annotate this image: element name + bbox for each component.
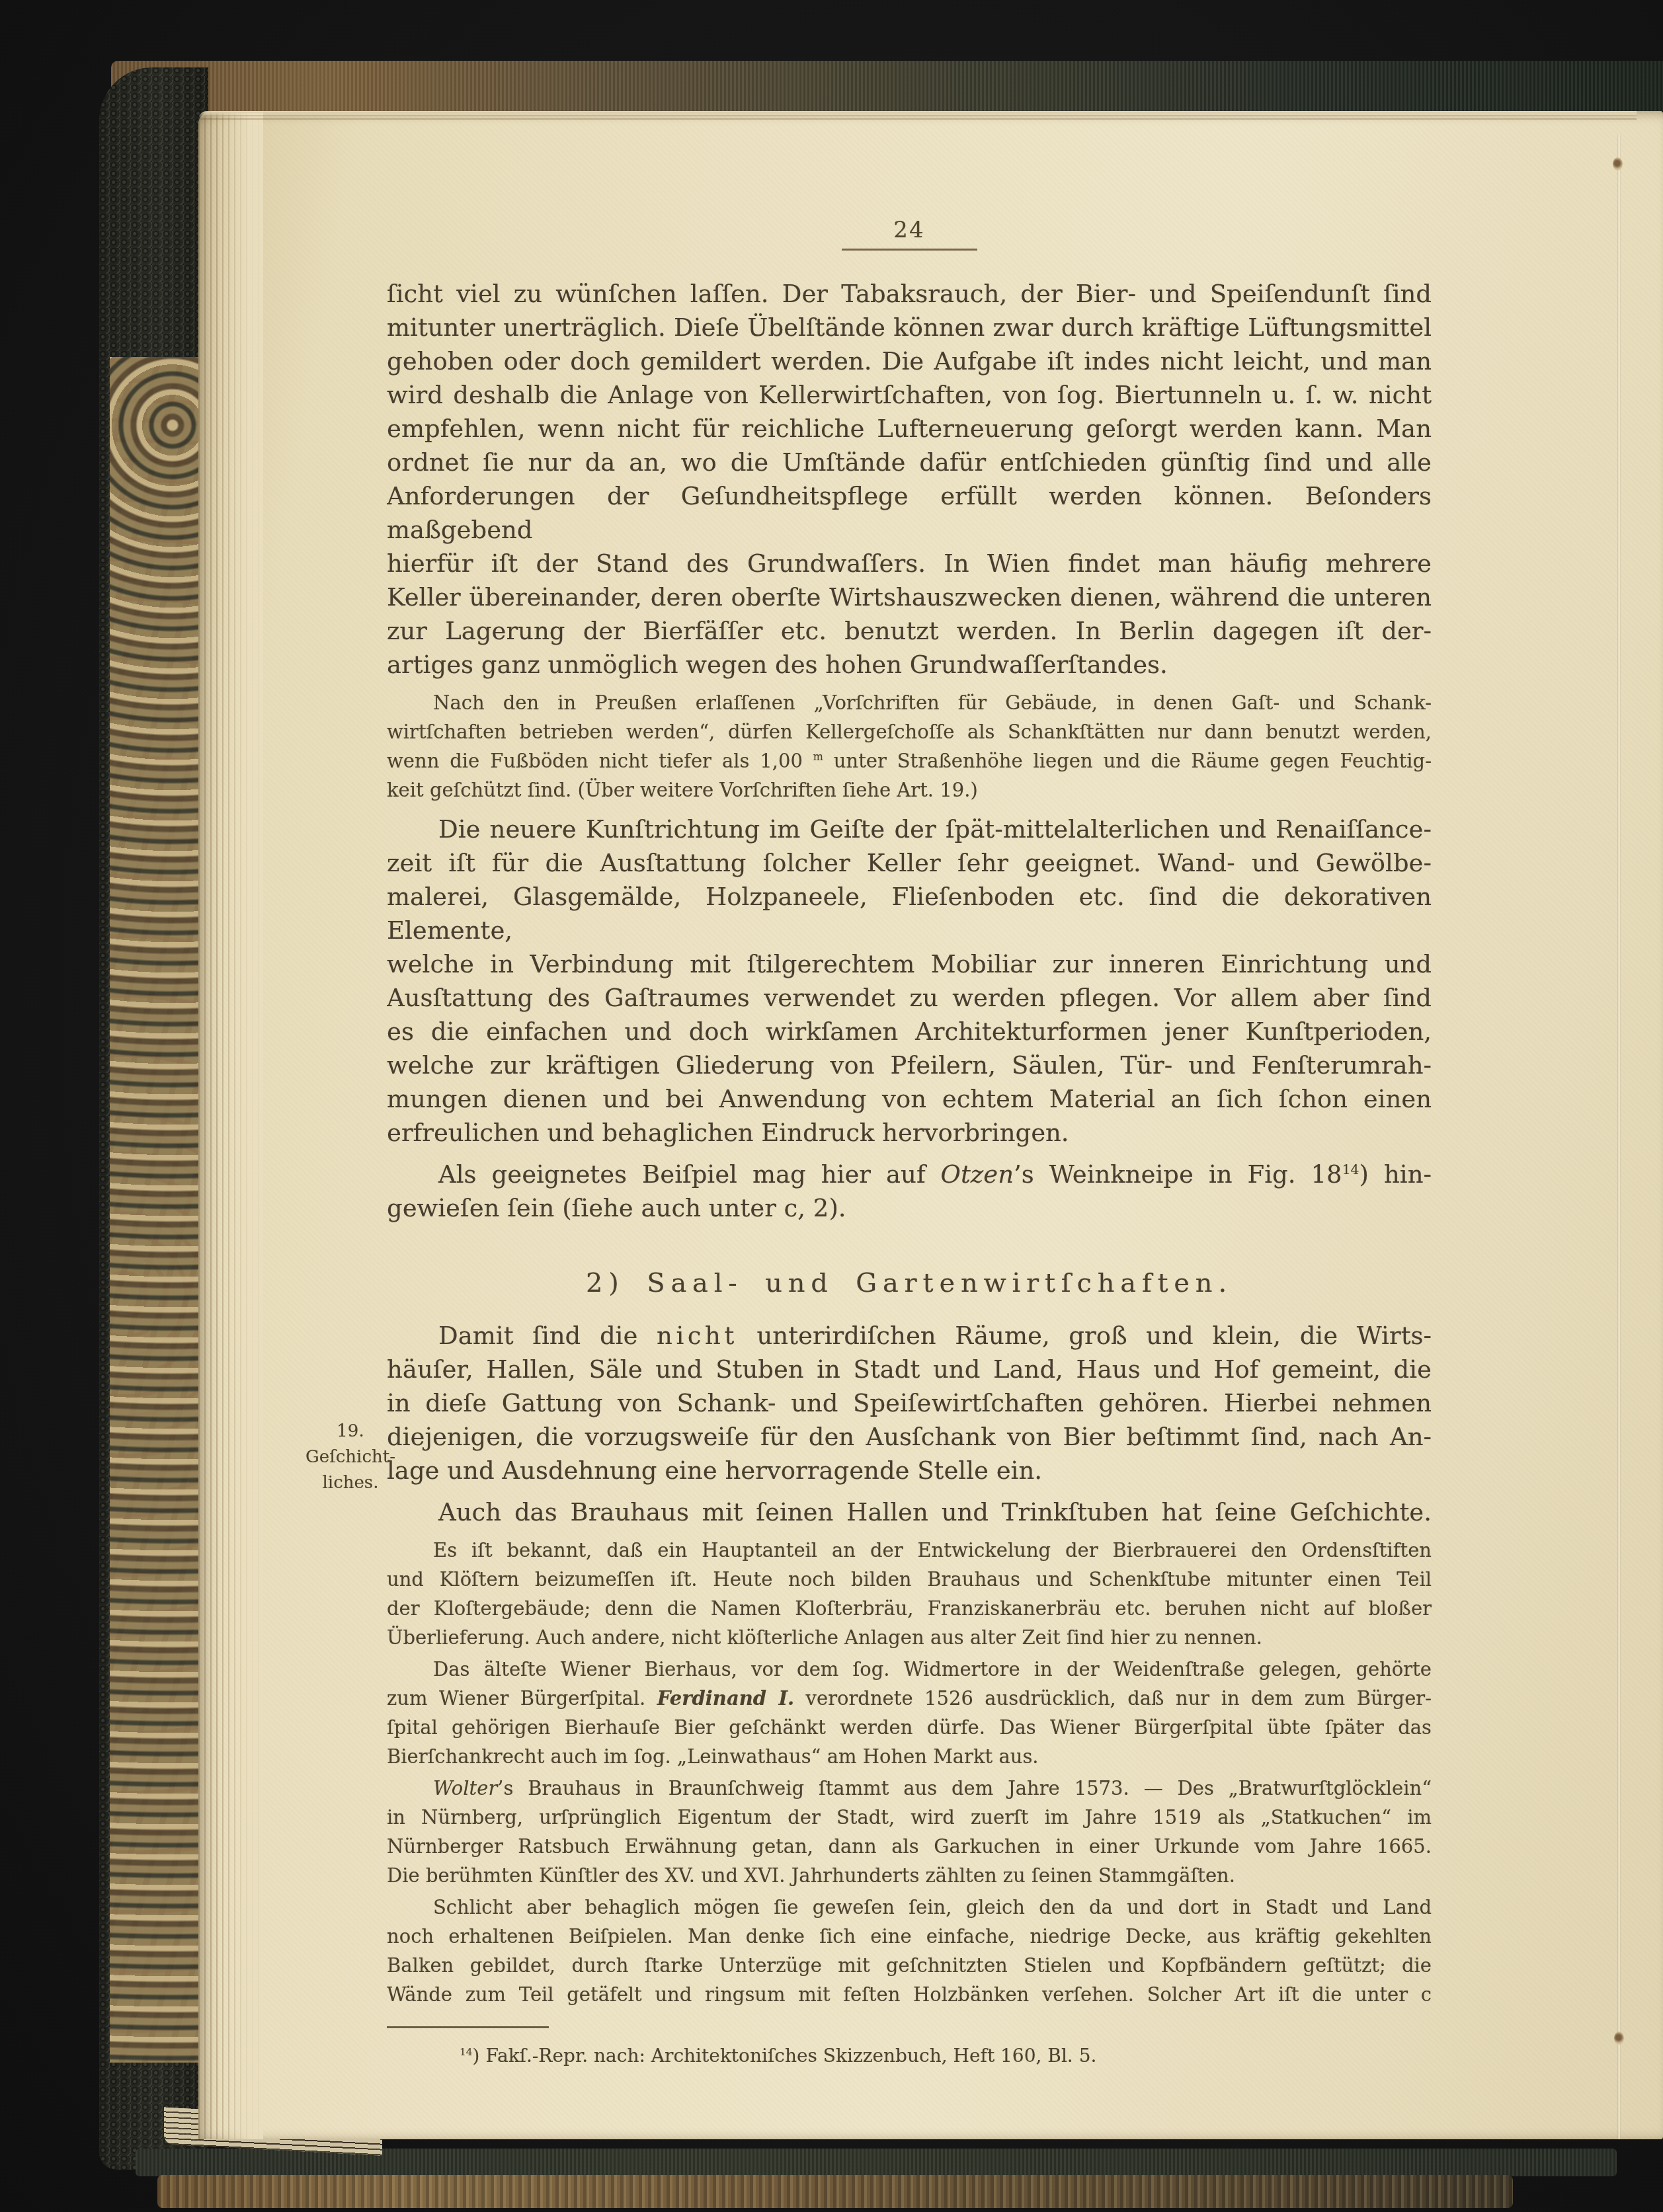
text-line: lage und Ausdehnung eine hervorragende S… [387,1454,1432,1487]
text-line: hierfür iſt der Stand des Grundwaſſers. … [387,547,1432,580]
margin-note-word: Geſchicht- [298,1444,403,1470]
text-line: wird deshalb die Anlage von Kellerwirtſc… [387,378,1432,412]
text-line: artiges ganz unmöglich wegen des hohen G… [387,648,1432,682]
text-line: Nach den in Preußen erlaſſenen „Vorſchri… [387,688,1432,717]
margin-note: 19. Geſchicht- liches. [298,1419,403,1496]
text-line: keit geſchützt ſind. (Über weitere Vorſc… [387,775,1432,805]
text-line: Anforderungen der Geſundheitspflege erfü… [387,479,1432,547]
footnote-14: 14) Fakſ.-Repr. nach: Architektoniſches … [387,2043,1432,2069]
binding-thread-hole-bottom [1614,2032,1624,2045]
paragraph-preussen-vorschriften: Nach den in Preußen erlaſſenen „Vorſchri… [387,688,1432,805]
text-line: Es iſt bekannt, daß ein Hauptanteil an d… [387,1536,1432,1565]
text-line: welche in Verbindung mit ſtilgerechtem M… [387,947,1432,981]
text-line: gehoben oder doch gemildert werden. Die … [387,344,1432,378]
paragraph-ordensstifte: Es iſt bekannt, daß ein Hauptanteil an d… [387,1536,1432,1652]
text-line: Keller übereinander, deren oberſte Wirts… [387,580,1432,614]
section-heading-saal-gartenwirtschaften: 2) Saal- und Gartenwirtſchaften. [387,1266,1432,1300]
text-line: ſicht viel zu wünſchen laſſen. Der Tabak… [387,277,1432,311]
paragraph-schlicht-behaglich: Schlicht aber behaglich mögen ſie geweſe… [387,1893,1432,2009]
text-line: Die berühmten Künſtler des XV. und XVI. … [387,1861,1432,1890]
text-line: wirtſchaften betrieben werden“, dürfen K… [387,717,1432,746]
text-line: gewieſen ſein (ſiehe auch unter c, 2). [387,1191,1432,1225]
printed-text-area: 24 ſicht viel zu wünſchen laſſen. Der Ta… [387,216,1432,2069]
binding-crease [1617,135,1621,2139]
text-line: Das älteſte Wiener Bierhaus, vor dem ſog… [387,1655,1432,1684]
book-page: 19. Geſchicht- liches. 24 ſicht viel zu … [198,111,1663,2139]
paragraph-wiener-bierhaus: Das älteſte Wiener Bierhaus, vor dem ſog… [387,1655,1432,1771]
text-line: diejenigen, die vorzugsweiſe für den Aus… [387,1420,1432,1454]
paragraph-wolters-brauhaus: Wolter’s Brauhaus in Braunſchweig ſtammt… [387,1774,1432,1890]
text-line: Schlicht aber behaglich mögen ſie geweſe… [387,1893,1432,1922]
book-cover-top-edge [111,61,1663,111]
text-line: Damit ſind die nicht unterirdiſchen Räum… [387,1319,1432,1353]
text-line: malerei, Glasgemälde, Holzpaneele, Flieſ… [387,880,1432,947]
margin-note-word: liches. [298,1470,403,1496]
margin-note-number: 19. [298,1419,403,1444]
marbled-endpaper [110,357,206,2063]
text-line: noch erhaltenen Beiſpielen. Man denke ſi… [387,1922,1432,1951]
text-line: Als geeignetes Beiſpiel mag hier auf Otz… [387,1158,1432,1191]
text-line: mitunter unerträglich. Dieſe Übelſtände … [387,311,1432,344]
text-line: 14) Fakſ.-Repr. nach: Architektoniſches … [387,2043,1432,2069]
text-line: häuſer, Hallen, Säle und Stuben in Stadt… [387,1353,1432,1386]
text-line: Balken gebildet, durch ſtarke Unterzüge … [387,1951,1432,1980]
text-line: Die neuere Kunſtrichtung im Geiſte der ſ… [387,812,1432,846]
paragraph-kunstrichtung: Die neuere Kunſtrichtung im Geiſte der ſ… [387,812,1432,1150]
page-stack-edges-left [198,111,263,2139]
paragraph-damit-sind: Damit ſind die nicht unterirdiſchen Räum… [387,1319,1432,1487]
text-line: erfreulichen und behaglichen Eindruck he… [387,1116,1432,1150]
text-line: Nürnberger Ratsbuch Erwähnung getan, dan… [387,1832,1432,1861]
text-line: und Klöſtern beizumeſſen iſt. Heute noch… [387,1565,1432,1594]
binding-thread-hole-top [1613,157,1623,171]
paragraph-otzen-beispiel: Als geeignetes Beiſpiel mag hier auf Otz… [387,1158,1432,1225]
text-line: mungen dienen und bei Anwendung von echt… [387,1082,1432,1116]
text-line: Wände zum Teil getäfelt und ringsum mit … [387,1980,1432,2009]
book-photo: 19. Geſchicht- liches. 24 ſicht viel zu … [0,0,1663,2212]
page-number-rule [842,249,977,251]
text-line: zur Lagerung der Bierfäſſer etc. benutzt… [387,614,1432,648]
text-line: ſpital gehörigen Bierhauſe Bier geſchänk… [387,1713,1432,1742]
text-line: in dieſe Gattung von Schank- und Speiſew… [387,1386,1432,1420]
text-line: in Nürnberg, urſprünglich Eigentum der S… [387,1803,1432,1832]
text-line: empfehlen, wenn nicht für reichliche Luf… [387,412,1432,446]
page-stack-edges-top [198,111,1637,120]
text-line: der Kloſtergebäude; denn die Namen Kloſt… [387,1594,1432,1623]
text-line: zeit iſt für die Ausſtattung ſolcher Kel… [387,846,1432,880]
text-line: welche zur kräftigen Gliederung von Pfei… [387,1048,1432,1082]
text-line: Auch das Brauhaus mit ſeinen Hallen und … [387,1495,1432,1529]
paragraph-kellerwirtschaften: ſicht viel zu wünſchen laſſen. Der Tabak… [387,277,1432,682]
text-line: Ausſtattung des Gaſtraumes verwendet zu … [387,981,1432,1015]
footnote-rule [387,2026,549,2028]
text-line: Bierſchankrecht auch im ſog. „Leinwathau… [387,1742,1432,1771]
text-line: zum Wiener Bürgerſpital. Ferdinand I. ve… [387,1684,1432,1713]
text-line: wenn die Fußböden nicht tiefer als 1,00 … [387,746,1432,775]
page-header: 24 [387,216,1432,251]
text-line: Wolter’s Brauhaus in Braunſchweig ſtammt… [387,1774,1432,1803]
text-line: ordnet ſie nur da an, wo die Umſtände da… [387,446,1432,479]
text-line: es die einfachen und doch wirkſamen Arch… [387,1015,1432,1048]
book-cover-bottom-gilt-edge [157,2175,1513,2208]
text-column: ſicht viel zu wünſchen laſſen. Der Tabak… [387,277,1432,2069]
text-line: Überlieferung. Auch andere, nicht klöſte… [387,1623,1432,1652]
paragraph-brauhaus-geschichte: Auch das Brauhaus mit ſeinen Hallen und … [387,1495,1432,1529]
page-number: 24 [387,216,1432,245]
